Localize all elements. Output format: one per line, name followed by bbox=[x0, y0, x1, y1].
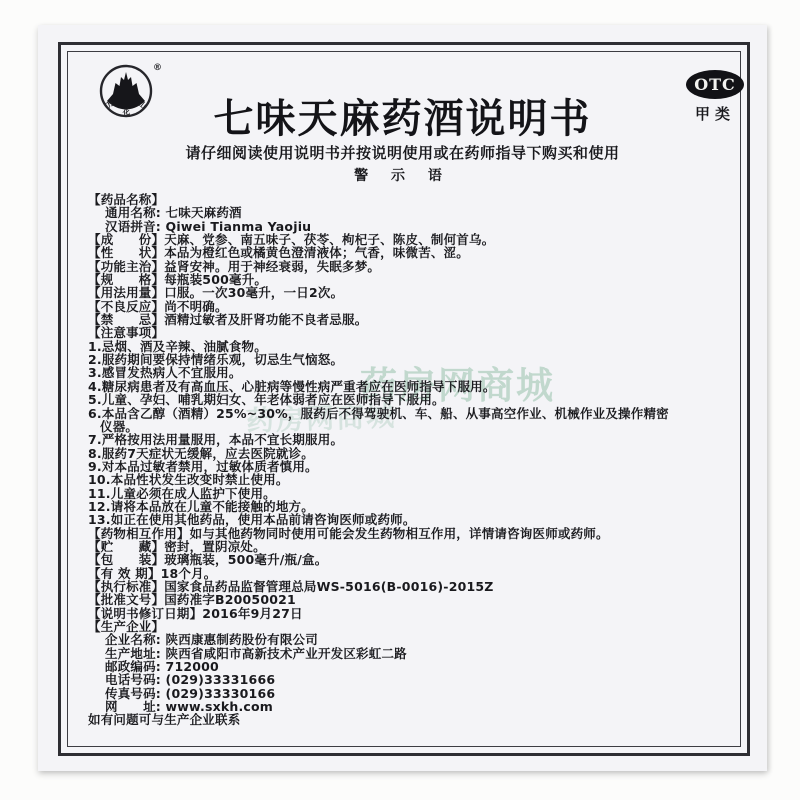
body-line: 【包 装】玻璃瓶装，500毫升/瓶/盒。 bbox=[88, 553, 750, 566]
body-line: 仪器。 bbox=[88, 420, 750, 433]
body-line: 【不良反应】尚不明确。 bbox=[88, 300, 750, 313]
body-line: 【禁 忌】酒精过敏者及肝肾功能不良者忌服。 bbox=[88, 313, 750, 326]
body-line: 2.服药期间要保持情绪乐观，切忌生气恼怒。 bbox=[88, 353, 750, 366]
body-line: 【有 效 期】18个月。 bbox=[88, 567, 750, 580]
body-line: 【功能主治】益肾安神。用于神经衰弱，失眠多梦。 bbox=[88, 260, 750, 273]
body-line: 9.对本品过敏者禁用，过敏体质者慎用。 bbox=[88, 460, 750, 473]
body-line: 1.忌烟、酒及辛辣、油腻食物。 bbox=[88, 340, 750, 353]
page-subtitle: 请仔细阅读使用说明书并按说明使用或在药师指导下购买和使用 bbox=[38, 142, 767, 163]
body-line: 企业名称: 陕西康惠制药股份有限公司 bbox=[88, 633, 750, 646]
body-line: 【说明书修订日期】2016年9月27日 bbox=[88, 607, 750, 620]
body-line: 如有问题可与生产企业联系 bbox=[88, 713, 750, 726]
body-line: 【生产企业】 bbox=[88, 620, 750, 633]
body-line: 7.严格按用法用量服用，本品不宜长期服用。 bbox=[88, 433, 750, 446]
package-insert-sheet: 药房网商城 药房网商城 万 花 山 ® OTC 甲类 七味天麻药酒说明书 请仔细… bbox=[38, 25, 767, 771]
body-line: 【用法用量】口服。一次30毫升，一日2次。 bbox=[88, 286, 750, 299]
body-line: 【成 份】天麻、党参、南五味子、茯苓、枸杞子、陈皮、制何首乌。 bbox=[88, 233, 750, 246]
body-line: 8.服药7天症状无缓解，应去医院就诊。 bbox=[88, 447, 750, 460]
body-line: 邮政编码: 712000 bbox=[88, 660, 750, 673]
body-line: 【执行标准】国家食品药品监督管理总局WS-5016(B-0016)-2015Z bbox=[88, 580, 750, 593]
registered-trademark-symbol: ® bbox=[153, 63, 162, 73]
page-title: 七味天麻药酒说明书 bbox=[38, 87, 767, 144]
body-line: 3.感冒发热病人不宜服用。 bbox=[88, 366, 750, 379]
body-line: 4.糖尿病患者及有高血压、心脏病等慢性病严重者应在医师指导下服用。 bbox=[88, 380, 750, 393]
body-line: 【批准文号】国药准字B20050021 bbox=[88, 593, 750, 606]
body-line: 【注意事项】 bbox=[88, 326, 750, 339]
body-line: 生产地址: 陕西省咸阳市高新技术产业开发区彩虹二路 bbox=[88, 647, 750, 660]
body-line: 10.本品性状发生改变时禁止使用。 bbox=[88, 473, 750, 486]
body-line: 5.儿童、孕妇、哺乳期妇女、年老体弱者应在医师指导下服用。 bbox=[88, 393, 750, 406]
body-line: 传真号码: (029)33330166 bbox=[88, 687, 750, 700]
photo-background: { "page": { "bg": "#fcfcfb", "paper_bg":… bbox=[0, 0, 800, 800]
body-line: 11.儿童必须在成人监护下使用。 bbox=[88, 487, 750, 500]
body-line: 【性 状】本品为橙红色或橘黄色澄清液体；气香，味微苦、涩。 bbox=[88, 246, 750, 259]
body-line: 【药品名称】 bbox=[88, 193, 750, 206]
body-line: 【贮 藏】密封，置阴凉处。 bbox=[88, 540, 750, 553]
body-line: 网 址: www.sxkh.com bbox=[88, 700, 750, 713]
body-line: 【药物相互作用】如与其他药物同时使用可能会发生药物相互作用，详情请咨询医师或药师… bbox=[88, 527, 750, 540]
body-line: 电话号码: (029)33331666 bbox=[88, 673, 750, 686]
warning-label-heading: 警 示 语 bbox=[38, 165, 767, 185]
body-line: 13.如正在使用其他药品，使用本品前请咨询医师或药师。 bbox=[88, 513, 750, 526]
body-line: 通用名称: 七味天麻药酒 bbox=[88, 206, 750, 219]
body-line: 汉语拼音: Qiwei Tianma Yaojiu bbox=[88, 220, 750, 233]
body-line: 【规 格】每瓶装500毫升。 bbox=[88, 273, 750, 286]
body-line: 6.本品含乙醇（酒精）25%~30%，服药后不得驾驶机、车、船、从事高空作业、机… bbox=[88, 407, 750, 420]
body-line: 12.请将本品放在儿童不能接触的地方。 bbox=[88, 500, 750, 513]
body-lines: 【药品名称】通用名称: 七味天麻药酒汉语拼音: Qiwei Tianma Yao… bbox=[88, 193, 750, 727]
